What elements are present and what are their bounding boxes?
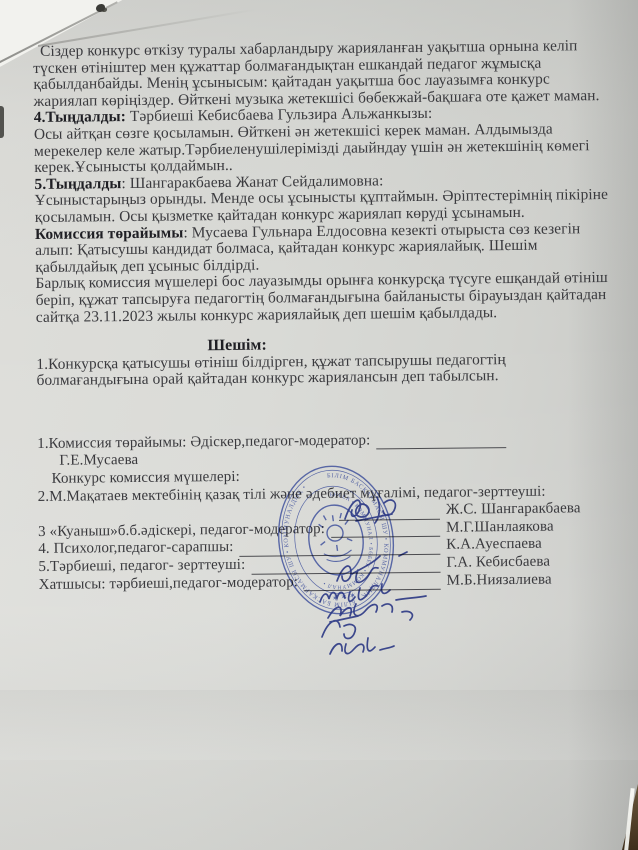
document-photo: Сіздер конкурс өткізу туралы хабарландыр… xyxy=(0,0,638,850)
secretary-printed-name: М.Б.Ниязалиева xyxy=(447,571,617,590)
member3-printed-name: М.Г.Шанлаякова xyxy=(446,518,616,537)
chair-heading: Комиссия төрайымы xyxy=(35,224,184,243)
decision-paragraph: 1.Конкурсқа қатысушы өтініш білдірген, қ… xyxy=(36,351,614,390)
signature-line xyxy=(331,522,440,538)
decision-heading: Шешім: xyxy=(207,337,267,355)
item5-heading: 5.Тыңдалды xyxy=(34,175,121,193)
dirt-speck xyxy=(96,4,105,12)
signature-line xyxy=(339,505,440,521)
member5-printed-name: Г.А. Кебисбаева xyxy=(446,553,616,572)
member2-printed-name: Ж.С. Шангаракбаева xyxy=(446,500,616,519)
chair-signature-label: 1.Комиссия төрайымы: Әдіскер,педагог-мод… xyxy=(37,432,370,453)
signature-line xyxy=(304,575,441,591)
member5-label: 5.Тәрбиеші, педагог- зерттеуші: xyxy=(38,557,245,577)
member4-label: 4. Психолог,педагог-сарапшы: xyxy=(38,539,233,559)
left-edge-mark xyxy=(0,106,4,138)
final-paragraph: Барлық комиссия мүшелері бос лауазымды о… xyxy=(35,270,613,326)
paper-crease-shading xyxy=(0,690,638,760)
signature-line xyxy=(251,557,440,574)
document-text: Сіздер конкурс өткізу туралы хабарландыр… xyxy=(33,38,617,594)
signature-block: 1.Комиссия төрайымы: Әдіскер,педагог-мод… xyxy=(37,430,617,594)
member3-label: 3 «Куаныш»б.б.әдіскері, педагог-модерато… xyxy=(38,521,325,542)
intro-paragraph: Сіздер конкурс өткізу туралы хабарландыр… xyxy=(33,38,612,110)
signature-line xyxy=(376,434,506,450)
signature-line xyxy=(239,540,440,557)
signature-ink-kebisbaeva xyxy=(322,616,358,639)
signature-ink-niyazalieva xyxy=(330,638,394,654)
item4-heading: 4.Тыңдалды: xyxy=(34,108,126,126)
chair-paragraph: Комиссия төрайымы: Мусаева Гульнара Елдо… xyxy=(35,220,613,276)
secretary-label: Хатшысы: тәрбиеші,педагог-модератор: xyxy=(39,574,299,594)
member4-printed-name: К.А.Ауеспаева xyxy=(446,535,616,554)
item4-paragraph: Осы айтқан сөзге қосыламын. Өйткені ән ж… xyxy=(34,121,612,177)
signature-ink-auespaeva xyxy=(328,596,426,620)
stamp-stars: ✶ ✶ ✶ xyxy=(331,591,356,603)
